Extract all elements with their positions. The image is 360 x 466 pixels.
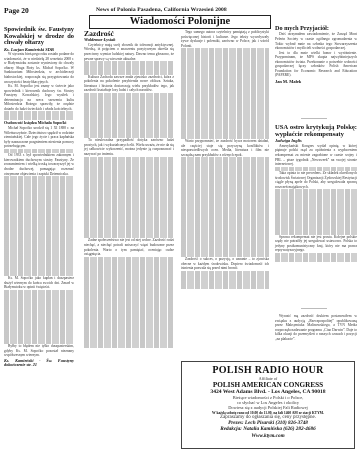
separator (301, 118, 327, 119)
page-number: Page 20 (4, 6, 29, 15)
paragraph: Ks. M. Sopoćko jako kapłan i duszpasterz… (4, 276, 74, 290)
article-headline: Spowiednik św. Faustyny Kowalskiej w dro… (4, 27, 74, 47)
paragraph: Jest to dla mnie wielki honor i wyróżnie… (275, 51, 357, 78)
paragraph: Od 1933 r. był spowiednikiem zakonnym i … (4, 153, 74, 176)
masthead: News of Polonia Pasadena, California Wrz… (96, 7, 227, 13)
paragraph: Michał Sopoćko urodził się 1 XI 1888 r. … (4, 126, 74, 149)
paragraph: Kultura Zachodu zawsze znała zjawisko za… (84, 75, 174, 93)
signature: Jan M. Małek (275, 80, 357, 85)
article-usa: USA ostro krytykują Polskę: wypłaćcie re… (275, 124, 357, 334)
paragraph: Ks. M. Sopoćko jest znany w świecie jako… (4, 84, 74, 111)
paragraph: Zazdrość o sukces, o pozycję, o uznanie … (181, 257, 269, 271)
article-zazdrosc-continued: Tego samego autora czytelnicy pamiętają … (181, 30, 269, 355)
paragraph: Ta nieuleczalna przypadłość dotyka zarów… (84, 138, 174, 156)
paragraph: Wyrazić mą zazdrość drukiem postanowiłem… (275, 314, 357, 341)
paragraph: Żadne społeczeństwo nie jest od niej wol… (84, 238, 174, 256)
paragraph: Tego samego autora czytelnicy pamiętają … (181, 30, 269, 48)
article-headline: Zazdrość (84, 30, 174, 37)
paragraph: Warto przypomnieć, że zazdrość bywa moto… (181, 139, 269, 157)
paragraph: Sprawa rekompensat nie jest prosta. Kole… (275, 235, 357, 253)
paragraph: Byłby to błędem nie tylko duszpasterskim… (4, 344, 74, 358)
polish-radio-hour-ad: POLISH RADIO HOUR Affiliate of POLISH AM… (181, 361, 355, 449)
paragraph: Czytelnicy mają swój słownik do toleranc… (84, 43, 174, 61)
article-spowiednik: Spowiednik św. Faustyny Kowalskiej w dro… (4, 27, 74, 462)
paragraph: Amerykański Kongres wydał opinię, w któr… (275, 144, 357, 167)
paragraph: W styczniu bieżącego roku zostało podane… (4, 52, 74, 84)
paragraph: Taka opinia to nie precedens. Ze składek… (275, 171, 357, 189)
continued-note: Ks. Kamieński - Św. Faustyny dokończenie… (4, 359, 74, 368)
section-title: Wiadomości Polonijne (89, 15, 271, 29)
separator (301, 308, 327, 309)
paragraph: Dziś otrzymałem zawiadomienie, że Zarząd… (275, 32, 357, 50)
article-darwin: Wyrazić mą zazdrość drukiem postanowiłem… (275, 314, 357, 354)
article-zazdrosc: Zazdrość Waldemar Łysiak Czytelnicy mają… (84, 30, 174, 450)
ad-website[interactable]: Www.ktym.com (182, 433, 354, 440)
article-do-przyjaciol: Do mych Przyjaciół: Dziś otrzymałem zawi… (275, 25, 357, 111)
ad-organization: POLISH AMERICAN CONGRESS (182, 381, 354, 389)
article-headline: Do mych Przyjaciół: (275, 25, 357, 32)
article-headline: USA ostro krytykują Polskę: wypłaćcie re… (275, 124, 357, 138)
ad-title: POLISH RADIO HOUR (182, 365, 354, 376)
